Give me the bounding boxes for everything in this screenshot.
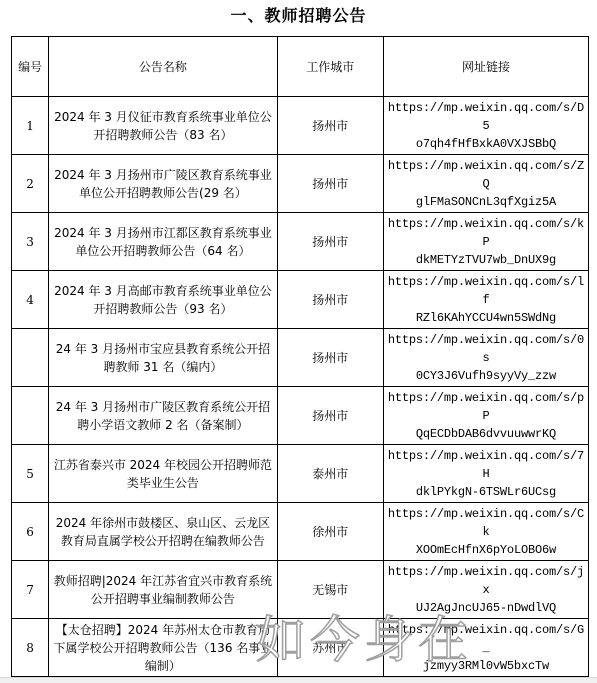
url-line-1[interactable]: https://mp.weixin.qq.com/s/7H: [388, 449, 584, 481]
table-row: 5 江苏省泰兴市 2024 年校园公开招聘师范类毕业生公告 泰州市 https:…: [12, 445, 589, 503]
table-row: 3 2024 年 3 月扬州市江都区教育系统事业单位公开招聘教师公告（64 名）…: [12, 213, 589, 271]
table-header-row: 编号 公告名称 工作城市 网址链接: [12, 37, 589, 97]
header-number: 编号: [12, 37, 49, 97]
work-city: 扬州市: [277, 213, 383, 271]
url-link[interactable]: https://mp.weixin.qq.com/s/7HdklPYkgN-6T…: [383, 445, 588, 503]
table-row: 1 2024 年 3 月仪征市教育系统事业单位公开招聘教师公告（83 名） 扬州…: [12, 97, 589, 155]
announcement-name: 2024 年徐州市鼓楼区、泉山区、云龙区 教育局直属学校公开招聘在编教师公告: [49, 503, 277, 561]
row-number: 3: [12, 213, 49, 271]
url-line-1[interactable]: https://mp.weixin.qq.com/s/Ck: [388, 507, 584, 539]
url-link[interactable]: https://mp.weixin.qq.com/s/jxUJ2AgJncUJ6…: [383, 561, 588, 619]
url-line-1[interactable]: https://mp.weixin.qq.com/s/G_: [388, 623, 584, 655]
announcement-name: 24 年 3 月扬州市宝应县教育系统公开招聘教师 31 名（编内）: [49, 329, 277, 387]
url-line-2[interactable]: dkMETYzTVU7wb_DnUX9g: [388, 251, 584, 269]
page-title: 一、教师招聘公告: [0, 5, 597, 27]
url-line-1[interactable]: https://mp.weixin.qq.com/s/lf: [388, 275, 584, 307]
table-row: 7 教师招聘|2024 年江苏省宜兴市教育系统公开招聘事业编制教师公告 无锡市 …: [12, 561, 589, 619]
announcement-name: 【太仓招聘】2024 年苏州太仓市教育局下属学校公开招聘教师公告（136 名事业…: [49, 619, 277, 677]
url-line-1[interactable]: https://mp.weixin.qq.com/s/D5: [388, 101, 584, 133]
url-line-2[interactable]: RZl6KAhYCCU4wn5SWdNg: [388, 309, 584, 327]
url-line-2[interactable]: jzmyy3RMl0vW5bxcTw: [388, 657, 584, 675]
table-row: 8 【太仓招聘】2024 年苏州太仓市教育局下属学校公开招聘教师公告（136 名…: [12, 619, 589, 677]
url-link[interactable]: https://mp.weixin.qq.com/s/pPQqECDbDAB6d…: [383, 387, 588, 445]
url-line-1[interactable]: https://mp.weixin.qq.com/s/ZQ: [388, 159, 584, 191]
row-number: 6: [12, 503, 49, 561]
url-link[interactable]: https://mp.weixin.qq.com/s/CkXOOmEcHfnX6…: [383, 503, 588, 561]
teacher-recruitment-table: 编号 公告名称 工作城市 网址链接 1 2024 年 3 月仪征市教育系统事业单…: [11, 36, 589, 677]
work-city: 扬州市: [277, 329, 383, 387]
announcement-name: 江苏省泰兴市 2024 年校园公开招聘师范类毕业生公告: [49, 445, 277, 503]
url-line-1[interactable]: https://mp.weixin.qq.com/s/jx: [388, 565, 584, 597]
announcement-name: 教师招聘|2024 年江苏省宜兴市教育系统公开招聘事业编制教师公告: [49, 561, 277, 619]
url-line-1[interactable]: https://mp.weixin.qq.com/s/pP: [388, 391, 584, 423]
announcement-name: 24 年 3 月扬州市广陵区教育系统公开招聘小学语文教师 2 名（备案制）: [49, 387, 277, 445]
announcement-name: 2024 年 3 月仪征市教育系统事业单位公开招聘教师公告（83 名）: [49, 97, 277, 155]
row-number: 4: [12, 271, 49, 329]
row-number: [12, 329, 49, 387]
url-link[interactable]: https://mp.weixin.qq.com/s/ZQglFMaSONCnL…: [383, 155, 588, 213]
url-line-2[interactable]: QqECDbDAB6dvvuuwwrKQ: [388, 425, 584, 443]
row-number: 5: [12, 445, 49, 503]
row-number: 7: [12, 561, 49, 619]
url-line-2[interactable]: 0CY3J6Vufh9syyVy_zzw: [388, 367, 584, 385]
url-link[interactable]: https://mp.weixin.qq.com/s/0s0CY3J6Vufh9…: [383, 329, 588, 387]
url-link[interactable]: https://mp.weixin.qq.com/s/D5o7qh4fHfBxk…: [383, 97, 588, 155]
url-line-2[interactable]: dklPYkgN-6TSWLr6UCsg: [388, 483, 584, 501]
table-row: 2 2024 年 3 月扬州市广陵区教育系统事业单位公开招聘教师公告(29 名）…: [12, 155, 589, 213]
url-link[interactable]: https://mp.weixin.qq.com/s/G_jzmyy3RMl0v…: [383, 619, 588, 677]
url-line-2[interactable]: glFMaSONCnL3qfXgiz5A: [388, 193, 584, 211]
url-line-2[interactable]: XOOmEcHfnX6pYoLOBO6w: [388, 541, 584, 559]
url-line-1[interactable]: https://mp.weixin.qq.com/s/0s: [388, 333, 584, 365]
header-url-link: 网址链接: [383, 37, 588, 97]
url-line-1[interactable]: https://mp.weixin.qq.com/s/kP: [388, 217, 584, 249]
url-line-2[interactable]: o7qh4fHfBxkA0VXJSBbQ: [388, 135, 584, 153]
table-row: 4 2024 年 3 月高邮市教育系统事业单位公开招聘教师公告（93 名） 扬州…: [12, 271, 589, 329]
announcement-name: 2024 年 3 月扬州市江都区教育系统事业单位公开招聘教师公告（64 名）: [49, 213, 277, 271]
announcement-name: 2024 年 3 月扬州市广陵区教育系统事业单位公开招聘教师公告(29 名）: [49, 155, 277, 213]
work-city: 泰州市: [277, 445, 383, 503]
row-number: 2: [12, 155, 49, 213]
work-city: 扬州市: [277, 155, 383, 213]
work-city: 扬州市: [277, 271, 383, 329]
table-row: 24 年 3 月扬州市宝应县教育系统公开招聘教师 31 名（编内） 扬州市 ht…: [12, 329, 589, 387]
work-city: 苏州市: [277, 619, 383, 677]
row-number: 1: [12, 97, 49, 155]
header-work-city: 工作城市: [277, 37, 383, 97]
work-city: 无锡市: [277, 561, 383, 619]
table-row: 6 2024 年徐州市鼓楼区、泉山区、云龙区 教育局直属学校公开招聘在编教师公告…: [12, 503, 589, 561]
work-city: 扬州市: [277, 387, 383, 445]
row-number: 8: [12, 619, 49, 677]
header-announcement-name: 公告名称: [49, 37, 277, 97]
url-link[interactable]: https://mp.weixin.qq.com/s/lfRZl6KAhYCCU…: [383, 271, 588, 329]
announcement-name: 2024 年 3 月高邮市教育系统事业单位公开招聘教师公告（93 名）: [49, 271, 277, 329]
bottom-scroll-strip: [0, 677, 597, 683]
row-number: [12, 387, 49, 445]
url-link[interactable]: https://mp.weixin.qq.com/s/kPdkMETYzTVU7…: [383, 213, 588, 271]
url-line-2[interactable]: UJ2AgJncUJ65-nDwdlVQ: [388, 599, 584, 617]
work-city: 扬州市: [277, 97, 383, 155]
table-row: 24 年 3 月扬州市广陵区教育系统公开招聘小学语文教师 2 名（备案制） 扬州…: [12, 387, 589, 445]
work-city: 徐州市: [277, 503, 383, 561]
